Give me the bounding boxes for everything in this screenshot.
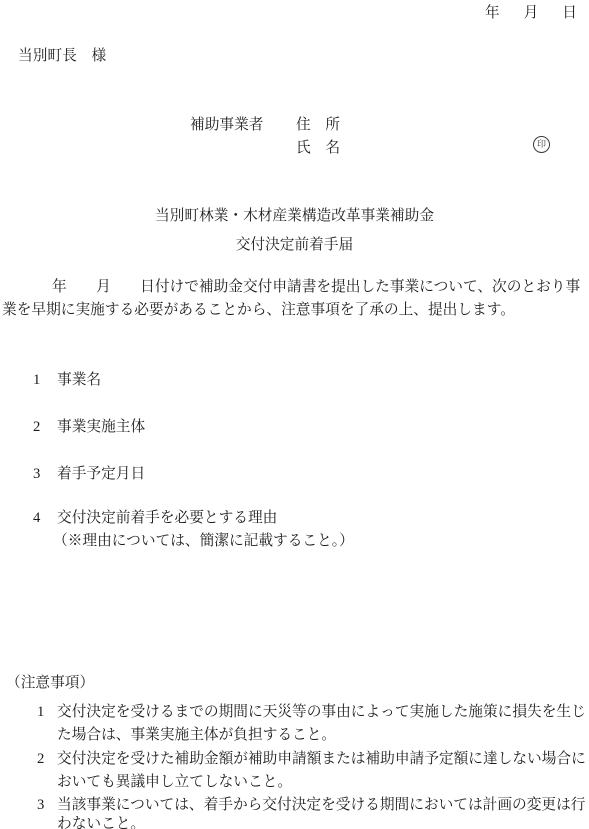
note-3-number: 3	[37, 794, 44, 816]
item-1-number: 1	[33, 369, 40, 391]
note-1-line1: 交付決定を受けるまでの期間に天災等の事由によって実施した施策に損失を生じ	[57, 701, 586, 723]
notes-heading: （注意事項）	[6, 672, 94, 694]
body-paragraph-line2: 業を早期に実施する必要があることから、注意事項を了承の上、提出します。	[2, 299, 515, 321]
document-title-line1: 当別町林業・木材産業構造改革事業補助金	[0, 205, 589, 227]
note-1-line2: た場合は、事業実施主体が負担すること。	[57, 724, 336, 746]
document-page: 年 月 日 当別町長 様 補助事業者 住 所 氏 名 印 当別町林業・木材産業構…	[0, 0, 589, 829]
item-4-number: 4	[33, 507, 40, 529]
seal-mark-label: 印	[537, 140, 546, 149]
item-3-label: 着手予定月日	[57, 463, 145, 485]
applicant-role-label: 補助事業者	[190, 114, 263, 136]
addressee: 当別町長 様	[18, 45, 106, 67]
note-2-line1: 交付決定を受けた補助金額が補助申請額または補助申請予定額に達しない場合に	[57, 748, 586, 770]
date-line: 年 月 日	[485, 2, 577, 24]
item-2-label: 事業実施主体	[57, 416, 145, 438]
document-title-line2: 交付決定前着手届	[0, 234, 589, 256]
date-year-label: 年	[485, 2, 500, 24]
note-2-line2: おいても異議申し立てしないこと。	[57, 771, 292, 793]
item-2-number: 2	[33, 416, 40, 438]
item-1-label: 事業名	[57, 369, 101, 391]
note-2-number: 2	[37, 748, 44, 770]
applicant-name-label: 氏 名	[296, 137, 340, 159]
seal-mark-icon: 印	[533, 136, 550, 153]
note-1-number: 1	[37, 701, 44, 723]
date-month-label: 月	[524, 2, 539, 24]
note-3-line2: わないこと。	[57, 813, 145, 829]
date-day-label: 日	[562, 2, 577, 24]
item-4-label: 交付決定前着手を必要とする理由	[57, 507, 277, 529]
body-paragraph-line1: 年 月 日付けで補助金交付申請書を提出した事業について、次のとおり事	[52, 276, 580, 298]
applicant-address-label: 住 所	[296, 114, 340, 136]
item-3-number: 3	[33, 463, 40, 485]
item-4-note: （※理由については、簡潔に記載すること。）	[53, 530, 354, 552]
